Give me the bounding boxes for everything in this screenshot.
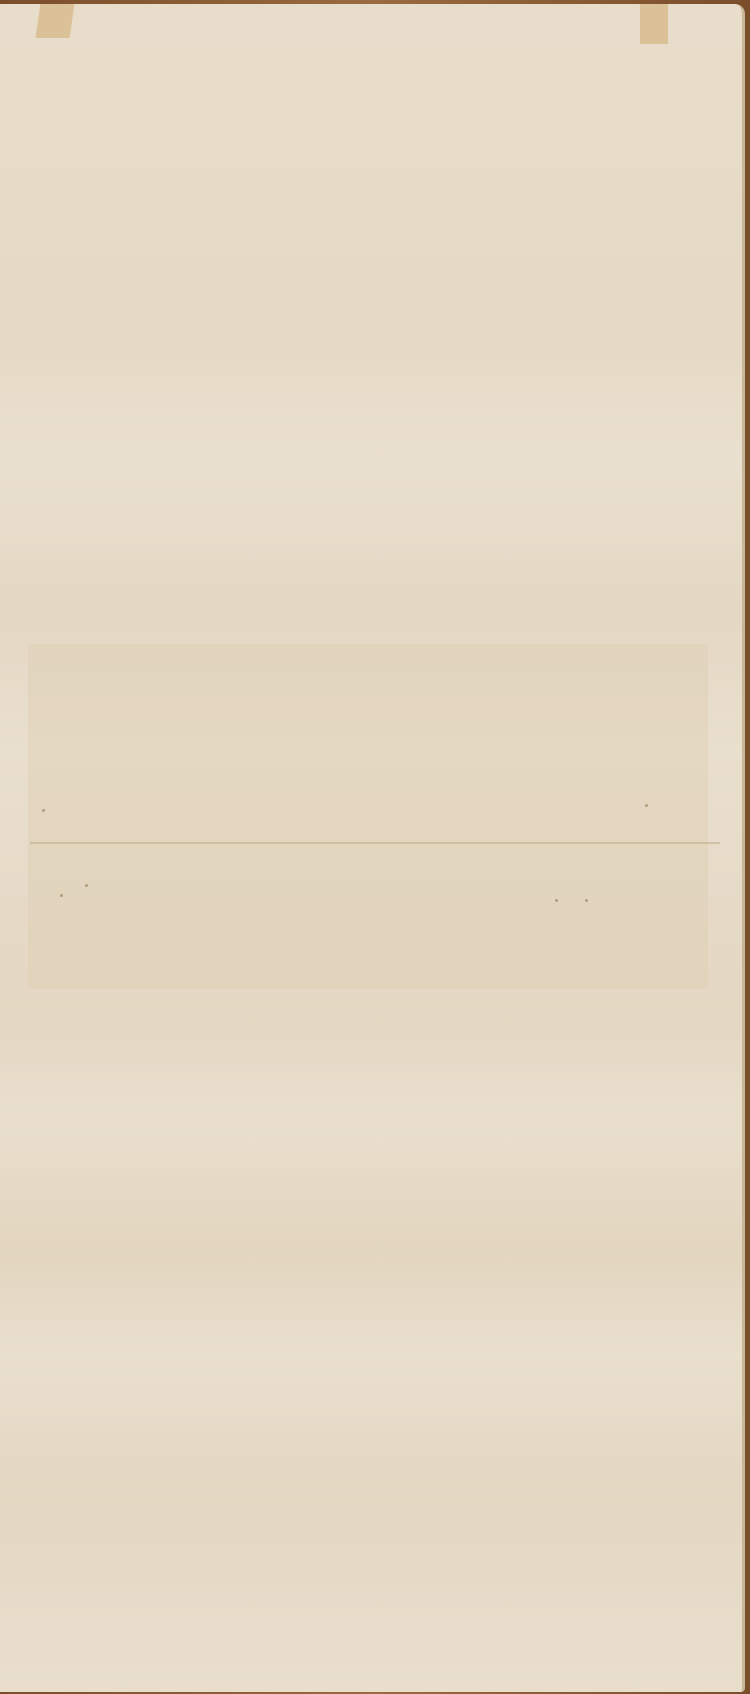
tape-top-left [36,4,75,38]
ink-mark [555,899,558,902]
ink-mark [85,884,88,887]
ink-mark [42,809,45,812]
fold-crease [30,842,720,844]
ink-mark [645,804,648,807]
ink-mark [60,894,63,897]
paper-sheet [0,4,745,1692]
ink-mark [585,899,588,902]
show-through-area [28,644,708,989]
tape-top-right [640,4,668,44]
